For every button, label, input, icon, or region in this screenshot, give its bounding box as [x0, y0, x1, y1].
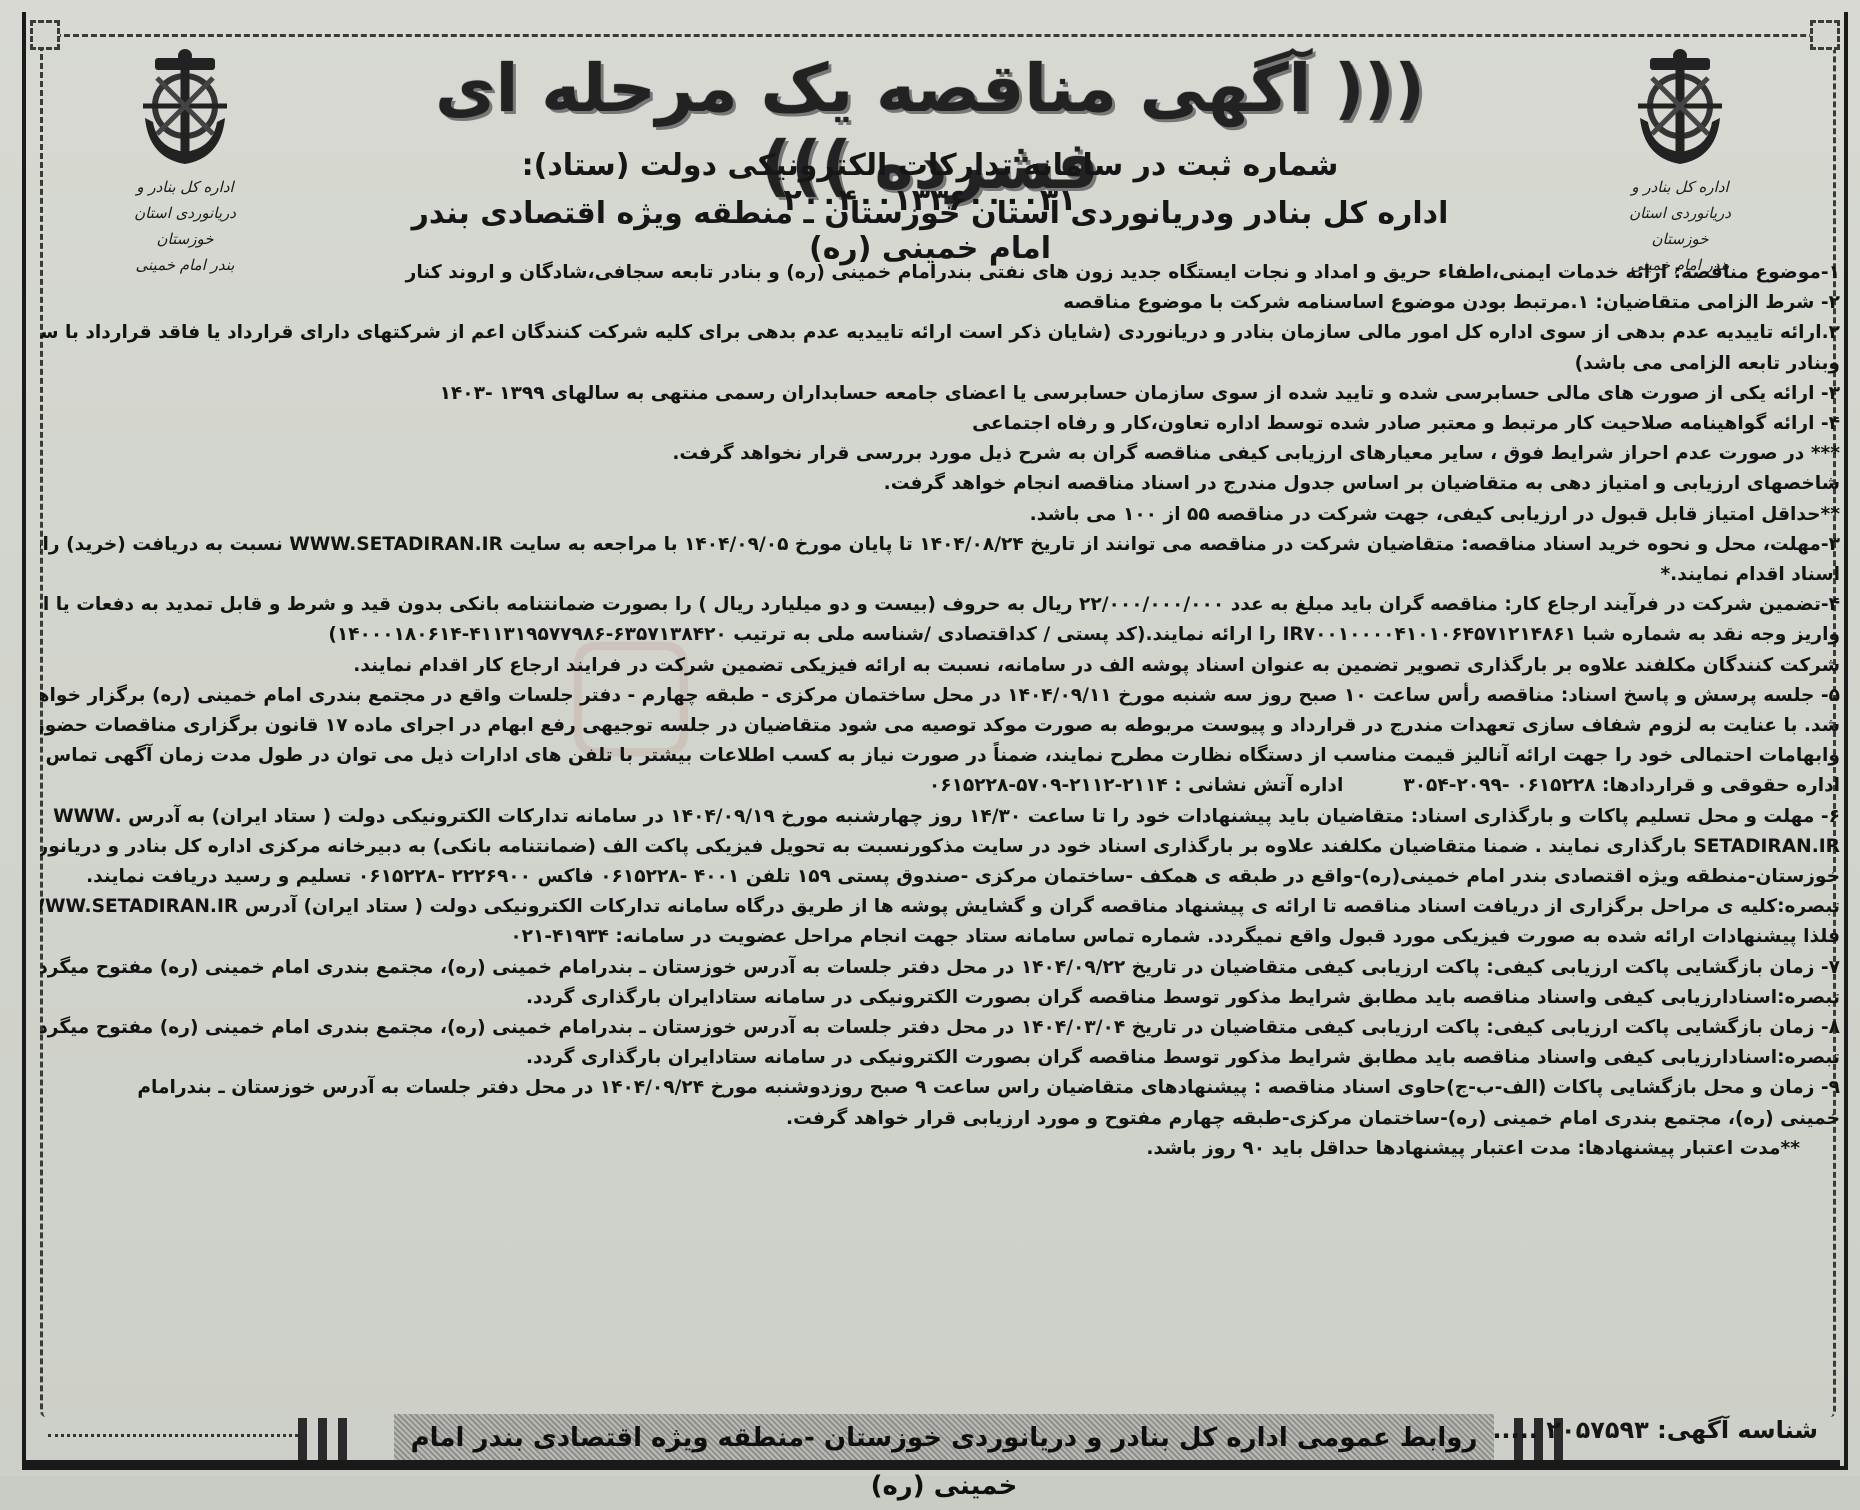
logo-left: اداره کل بنادر و دریانوردی استان خوزستان…: [110, 48, 260, 278]
body-line: ۴-تضمین شرکت در فرآیند ارجاع کار: مناقصه…: [40, 590, 1840, 620]
body-line: ۵- جلسه پرسش و پاسخ اسناد: مناقصه رأس سا…: [40, 681, 1840, 711]
body-line: تبصره:اسنادارزیابی کیفی واسناد مناقصه با…: [40, 1043, 1840, 1073]
ad-id-dots: .....: [1492, 1416, 1538, 1444]
body-line: ۳-مهلت، محل و نحوه خرید اسناد مناقصه: مت…: [40, 530, 1840, 560]
anchor-ship-wheel-icon: [1630, 48, 1730, 168]
logo-caption-line1: اداره کل بنادر و دریانوردی استان خوزستان: [110, 174, 260, 252]
body-line: **مدت اعتبار پیشنهادها: مدت اعتبار پیشنه…: [40, 1134, 1840, 1164]
body-line: وابهامات احتمالی خود را جهت ارائه آنالیز…: [40, 741, 1840, 771]
footer-bars-left: [298, 1418, 358, 1464]
body-line: شد. با عنایت به لزوم شفاف سازی تعهدات من…: [40, 711, 1840, 741]
corner-ornament-right: [1810, 20, 1840, 50]
body-line: تبصره:کلیه ی مراحل برگزاری از دریافت اسن…: [40, 892, 1840, 922]
body-line: شرکت کنندگان مکلفند علاوه بر بارگذاری تص…: [40, 651, 1840, 681]
fire-phone: اداره آتش نشانی : ۲۱۱۴-۲۱۱۲-۵۷۰۹-۰۶۱۵۲۲۸: [929, 771, 1343, 801]
body-line: واریز وجه نقد به شماره شبا IR۷۰۰۱۰۰۰۰۴۱۰…: [40, 620, 1840, 650]
body-line: ۲.ارائه تاییدیه عدم بدهی از سوی اداره کل…: [40, 318, 1840, 348]
ad-id-value: ۲۰۵۷۵۹۳: [1546, 1416, 1649, 1444]
footer-dotted-line: [48, 1434, 298, 1437]
body-line: ۶- مهلت و محل تسلیم پاکات و بارگذاری اسن…: [40, 802, 1840, 832]
body-line: SETADIRAN.IR بارگذاری نمایند . ضمنا متقا…: [40, 832, 1840, 862]
legal-phone: اداره حقوقی و قراردادها: ۰۶۱۵۲۲۸ -۲۰۹۹-۳…: [1403, 771, 1840, 801]
body-line: **حداقل امتیاز قابل قبول در ارزیابی کیفی…: [40, 500, 1840, 530]
body-line: تبصره:اسنادارزیابی کیفی واسناد مناقصه با…: [40, 983, 1840, 1013]
footer: روابط عمومی اداره کل بنادر و دریانوردی خ…: [22, 1408, 1840, 1466]
ad-id-label: شناسه آگهی:: [1657, 1416, 1818, 1444]
body-line: ۱-موضوع مناقصه: ارائه خدمات ایمنی،اطفاء …: [40, 258, 1840, 288]
ad-id: شناسه آگهی: ۲۰۵۷۵۹۳ .....: [1492, 1416, 1818, 1444]
legal-phone-label: اداره حقوقی و قراردادها:: [1602, 775, 1840, 796]
notice-body: ۱-موضوع مناقصه: ارائه خدمات ایمنی،اطفاء …: [40, 258, 1840, 1164]
body-line: فلذا پیشنهادات ارائه شده به صورت فیزیکی …: [40, 922, 1840, 952]
legal-phone-value: ۰۶۱۵۲۲۸ -۲۰۹۹-۳۰۵۴: [1403, 775, 1595, 796]
body-line: خمینی (ره)، مجتمع بندری امام خمینی (ره)-…: [40, 1104, 1840, 1134]
corner-ornament-left: [30, 20, 60, 50]
fire-phone-label: اداره آتش نشانی :: [1174, 775, 1343, 796]
body-line: شاخصهای ارزیابی و امتیاز دهی به متقاضیان…: [40, 469, 1840, 499]
anchor-ship-wheel-icon: [135, 48, 235, 168]
logo-caption-line1: اداره کل بنادر و دریانوردی استان خوزستان: [1605, 174, 1755, 252]
body-line: ۷- زمان بازگشایی پاکت ارزیابی کیفی: پاکت…: [40, 953, 1840, 983]
body-line: ۲- شرط الزامی متقاضیان: ۱.مرتبط بودن موض…: [40, 288, 1840, 318]
body-line: اسناد اقدام نمایند.*: [40, 560, 1840, 590]
phones-row: اداره حقوقی و قراردادها: ۰۶۱۵۲۲۸ -۲۰۹۹-۳…: [40, 771, 1840, 801]
newspaper-page: ▢ اداره کل بنادر و دریانوردی استان خوزست…: [0, 0, 1860, 1476]
footer-rule: [22, 1460, 1840, 1466]
logo-right: اداره کل بنادر و دریانوردی استان خوزستان…: [1605, 48, 1755, 278]
body-line: ۳- ارائه یکی از صورت های مالی حسابرسی شد…: [40, 379, 1840, 409]
organization-line: اداره کل بنادر ودریانوردی استان خوزستان …: [380, 196, 1480, 266]
body-line: ۸- زمان بازگشایی پاکت ارزیابی کیفی: پاکت…: [40, 1013, 1840, 1043]
fire-phone-value: ۲۱۱۴-۲۱۱۲-۵۷۰۹-۰۶۱۵۲۲۸: [929, 775, 1168, 796]
body-line: *** در صورت عدم احراز شرایط فوق ، سایر م…: [40, 439, 1840, 469]
public-relations-band: روابط عمومی اداره کل بنادر و دریانوردی خ…: [394, 1414, 1494, 1462]
body-line: وبنادر تابعه الزامی می باشد): [40, 349, 1840, 379]
body-line: خوزستان-منطقه ویژه اقتصادی بندر امام خمی…: [40, 862, 1840, 892]
body-line: ۴- ارائه گواهینامه صلاحیت کار مرتبط و مع…: [40, 409, 1840, 439]
body-line: ۹- زمان و محل بازگشایی پاکات (الف-ب-ج)حا…: [40, 1073, 1840, 1103]
